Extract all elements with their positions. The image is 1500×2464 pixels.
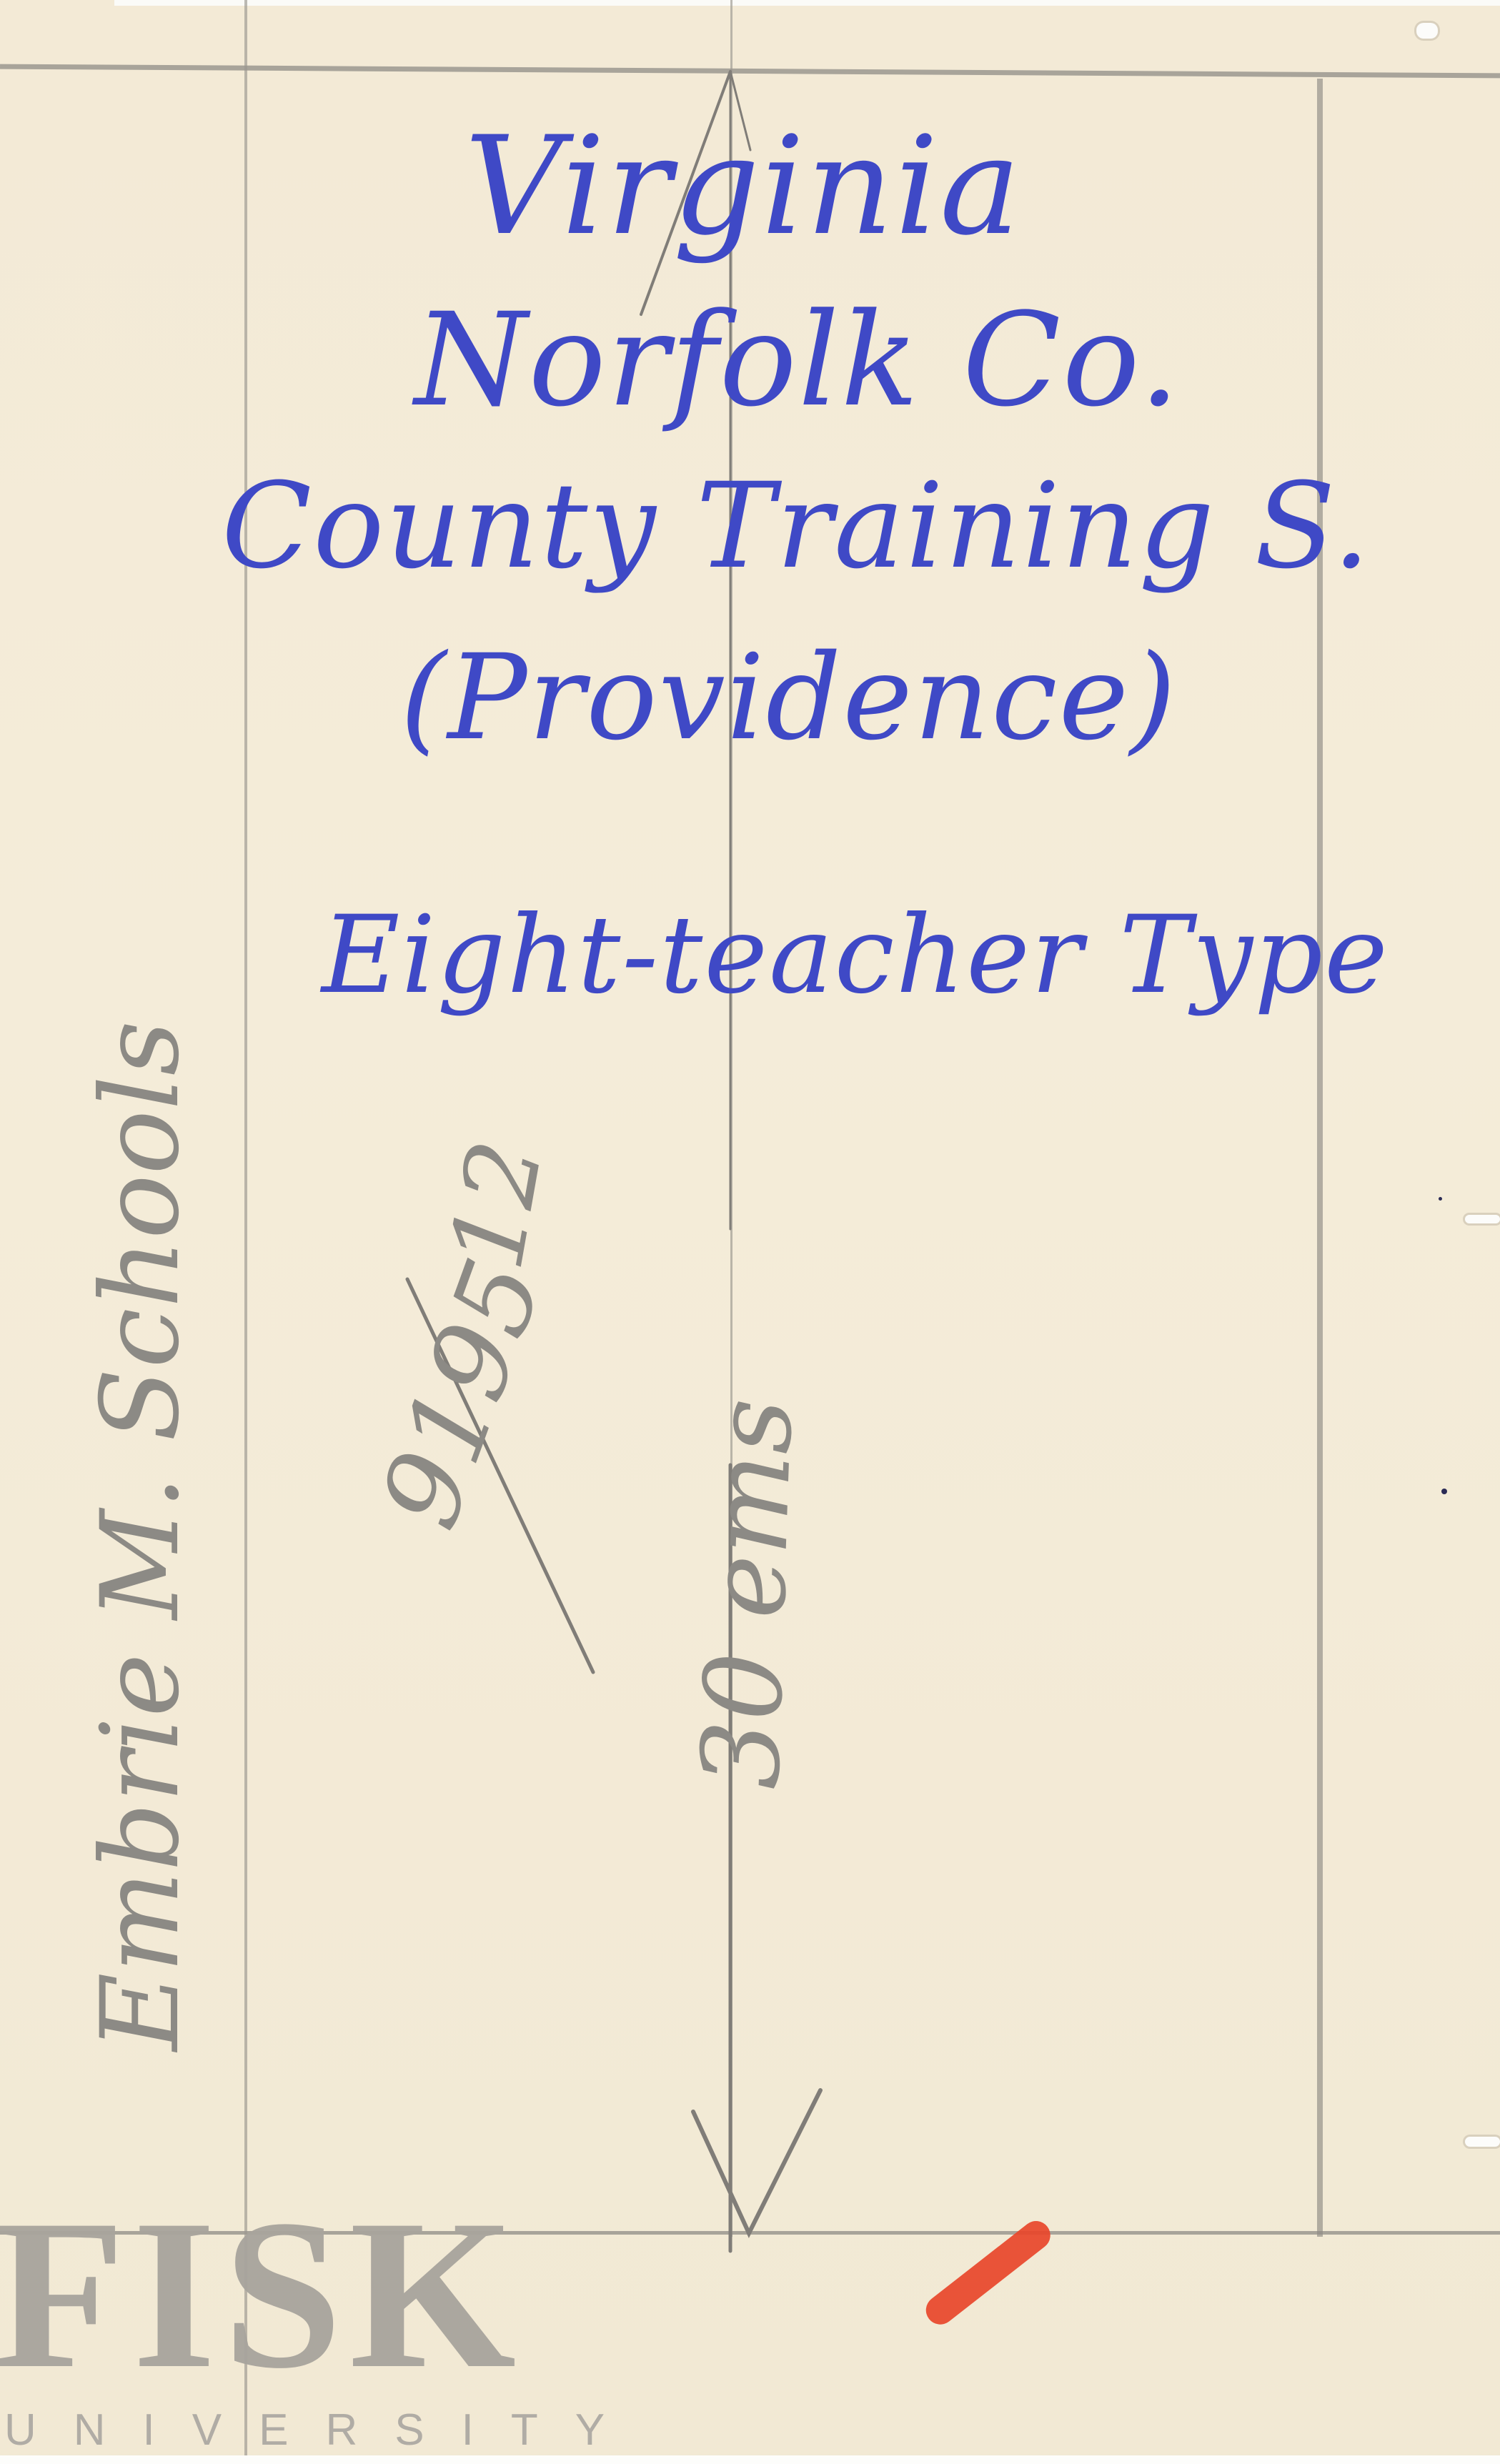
school-name: County Training S. [222, 457, 1371, 595]
arrow-down-icon [693, 2090, 820, 2233]
watermark-title: FISK [0, 2187, 523, 2401]
plan-type: Eight-teacher Type [322, 893, 1389, 1018]
ink-speck [1441, 1489, 1447, 1494]
watermark-subtitle: UNIVERSITY [4, 2405, 642, 2455]
measurement-label: 30 ems [679, 1396, 817, 1791]
county-name: Norfolk Co. [414, 286, 1181, 435]
ink-speck [1439, 1197, 1442, 1201]
fraction-denominator: 12 [429, 1133, 565, 1278]
margin-note: Embrie M. Schools [79, 1020, 203, 2051]
state-name: Virginia [465, 107, 1022, 265]
fisk-university-watermark: FISK UNIVERSITY [0, 2187, 672, 2455]
index-card: Virginia Norfolk Co. County Training S. … [0, 0, 1500, 2455]
school-location: (Providence) [400, 629, 1178, 766]
